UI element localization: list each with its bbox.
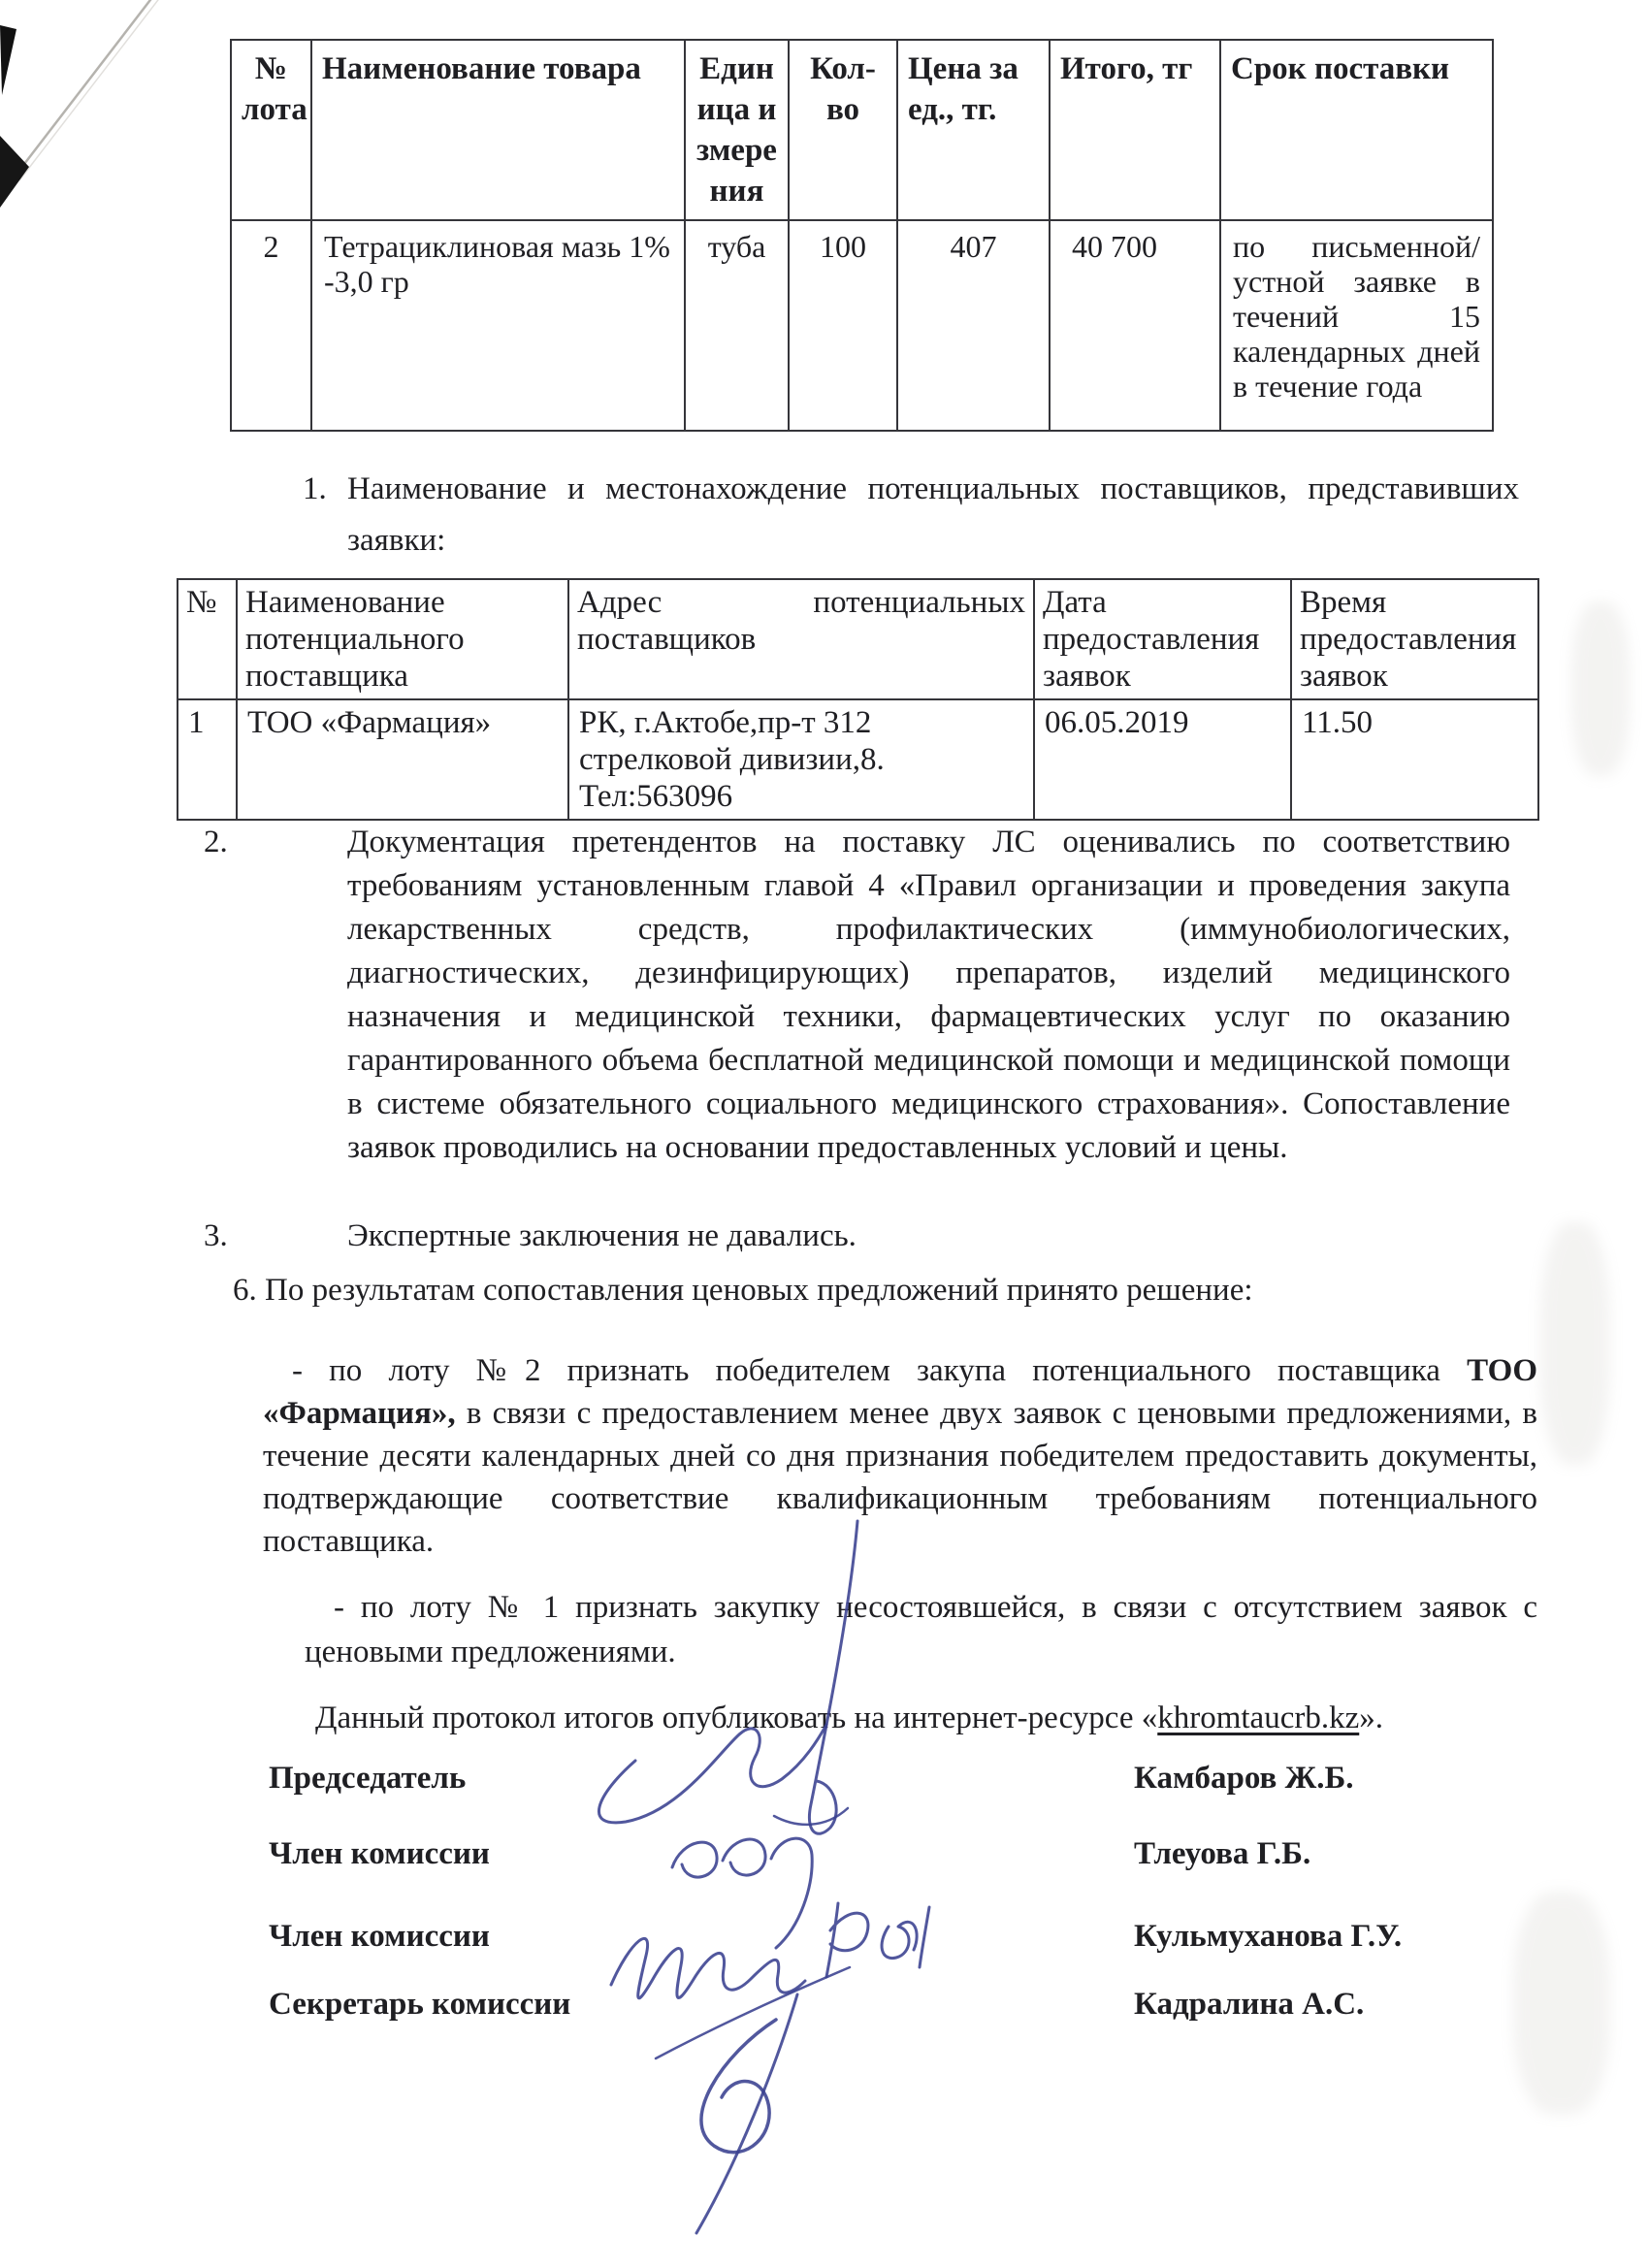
decision-lot2-paragraph: - по лоту №2 признать победителем закупа… xyxy=(263,1349,1537,1563)
lot-table-header-name: Наименование товара xyxy=(311,40,685,220)
signature-name: Кадралина А.С. xyxy=(1134,1987,1364,2023)
signature-name: Кульмуханова Г.У. xyxy=(1134,1919,1402,1955)
supplier-cell-num: 1 xyxy=(178,699,237,820)
lot-table: № лота Наименование товара Единица измер… xyxy=(230,39,1494,432)
signature-role: Председатель xyxy=(269,1761,466,1797)
scan-black-mark xyxy=(0,25,16,95)
signature-row-secretary: Секретарь комиссии Кадралина А.С. xyxy=(269,1987,1539,2023)
suppliers-header-num: № xyxy=(178,579,237,699)
scan-smudge xyxy=(1540,1222,1610,1465)
scan-black-mark xyxy=(0,136,29,208)
supplier-cell-date: 06.05.2019 xyxy=(1034,699,1291,820)
lot-cell-qty: 100 xyxy=(789,220,897,431)
scan-crease-line xyxy=(0,0,194,223)
list-item-3-text: Экспертные заключения не давались. xyxy=(347,1215,1510,1258)
lot-cell-lot: 2 xyxy=(231,220,311,431)
list-item-2: 2. Документация претендентов на поставку… xyxy=(204,821,1510,1170)
lot-table-header-lot: № лота xyxy=(231,40,311,220)
suppliers-header-date: Дата предоставления заявок xyxy=(1034,579,1291,699)
lot-table-header-unit: Единица измерения xyxy=(685,40,789,220)
signature-name: Тлеуова Г.Б. xyxy=(1134,1836,1310,1872)
signature-role: Член комиссии xyxy=(269,1836,490,1872)
lot-cell-delivery: по письменной/устной заявке в течений 15… xyxy=(1220,220,1493,431)
lot-cell-name: Тетрациклиновая мазь 1% -3,0 гр xyxy=(311,220,685,431)
suppliers-header-time: Время предоставления заявок xyxy=(1291,579,1538,699)
lot-table-header-row: № лота Наименование товара Единица измер… xyxy=(231,40,1493,220)
supplier-cell-address: РК, г.Актобе,пр-т 312 стрелковой дивизии… xyxy=(568,699,1034,820)
list-item-1: 1. Наименование и местонахождение потенц… xyxy=(303,464,1519,567)
supplier-cell-name: ТОО «Фармация» xyxy=(237,699,568,820)
publish-prefix: Данный протокол итогов опубликовать на и… xyxy=(315,1701,1157,1735)
publish-paragraph: Данный протокол итогов опубликовать на и… xyxy=(315,1696,1634,1740)
signature-role: Член комиссии xyxy=(269,1919,490,1955)
signature-row-member-1: Член комиссии Тлеуова Г.Б. xyxy=(269,1836,1539,1872)
list-item-1-text: Наименование и местонахождение потенциал… xyxy=(347,464,1519,567)
signature-row-member-2: Член комиссии Кульмуханова Г.У. xyxy=(269,1919,1539,1955)
list-item-2-number: 2. xyxy=(204,821,228,864)
scan-smudge xyxy=(1571,601,1630,776)
lot-cell-price: 407 xyxy=(897,220,1050,431)
suppliers-header-name: Наименование потенциального поставщика xyxy=(237,579,568,699)
suppliers-table: № Наименование потенциального поставщика… xyxy=(177,578,1539,821)
signature-role: Секретарь комиссии xyxy=(269,1987,570,2023)
supplier-cell-time: 11.50 xyxy=(1291,699,1538,820)
decision-lot1-paragraph: - по лоту № 1 признать закупку несостояв… xyxy=(305,1585,1537,1674)
decision-lot2-prefix: - по лоту №2 признать победителем закупа… xyxy=(292,1353,1467,1388)
suppliers-header-address: Адрес потенциальных поставщиков xyxy=(568,579,1034,699)
suppliers-table-header-row: № Наименование потенциального поставщика… xyxy=(178,579,1538,699)
publish-website-link: khromtaucrb.kz xyxy=(1157,1701,1359,1735)
scanned-document-page: { "page": { "paper_color": "#f7f6f2", "i… xyxy=(0,0,1649,2268)
lot-table-data-row: 2 Тетрациклиновая мазь 1% -3,0 гр туба 1… xyxy=(231,220,1493,431)
handwritten-signature-secretary xyxy=(696,1994,797,2233)
list-item-1-number: 1. xyxy=(303,464,327,515)
list-item-3-number: 3. xyxy=(204,1215,228,1258)
lot-cell-unit: туба xyxy=(685,220,789,431)
signature-name: Камбаров Ж.Б. xyxy=(1134,1761,1354,1797)
list-item-3: 3. Экспертные заключения не давались. xyxy=(204,1215,1510,1258)
lot-cell-total: 40 700 xyxy=(1050,220,1220,431)
signature-row-chairman: Председатель Камбаров Ж.Б. xyxy=(269,1761,1539,1797)
lot-table-header-total: Итого, тг xyxy=(1050,40,1220,220)
suppliers-table-data-row: 1 ТОО «Фармация» РК, г.Актобе,пр-т 312 с… xyxy=(178,699,1538,820)
publish-suffix: ». xyxy=(1359,1701,1383,1735)
section-6-heading: 6. По результатам сопоставления ценовых … xyxy=(233,1269,1533,1312)
lot-table-header-qty: Кол-во xyxy=(789,40,897,220)
lot-table-header-price: Цена за ед., тг. xyxy=(897,40,1050,220)
list-item-2-text: Документация претендентов на поставку ЛС… xyxy=(347,821,1510,1170)
lot-table-header-delivery: Срок поставки xyxy=(1220,40,1493,220)
